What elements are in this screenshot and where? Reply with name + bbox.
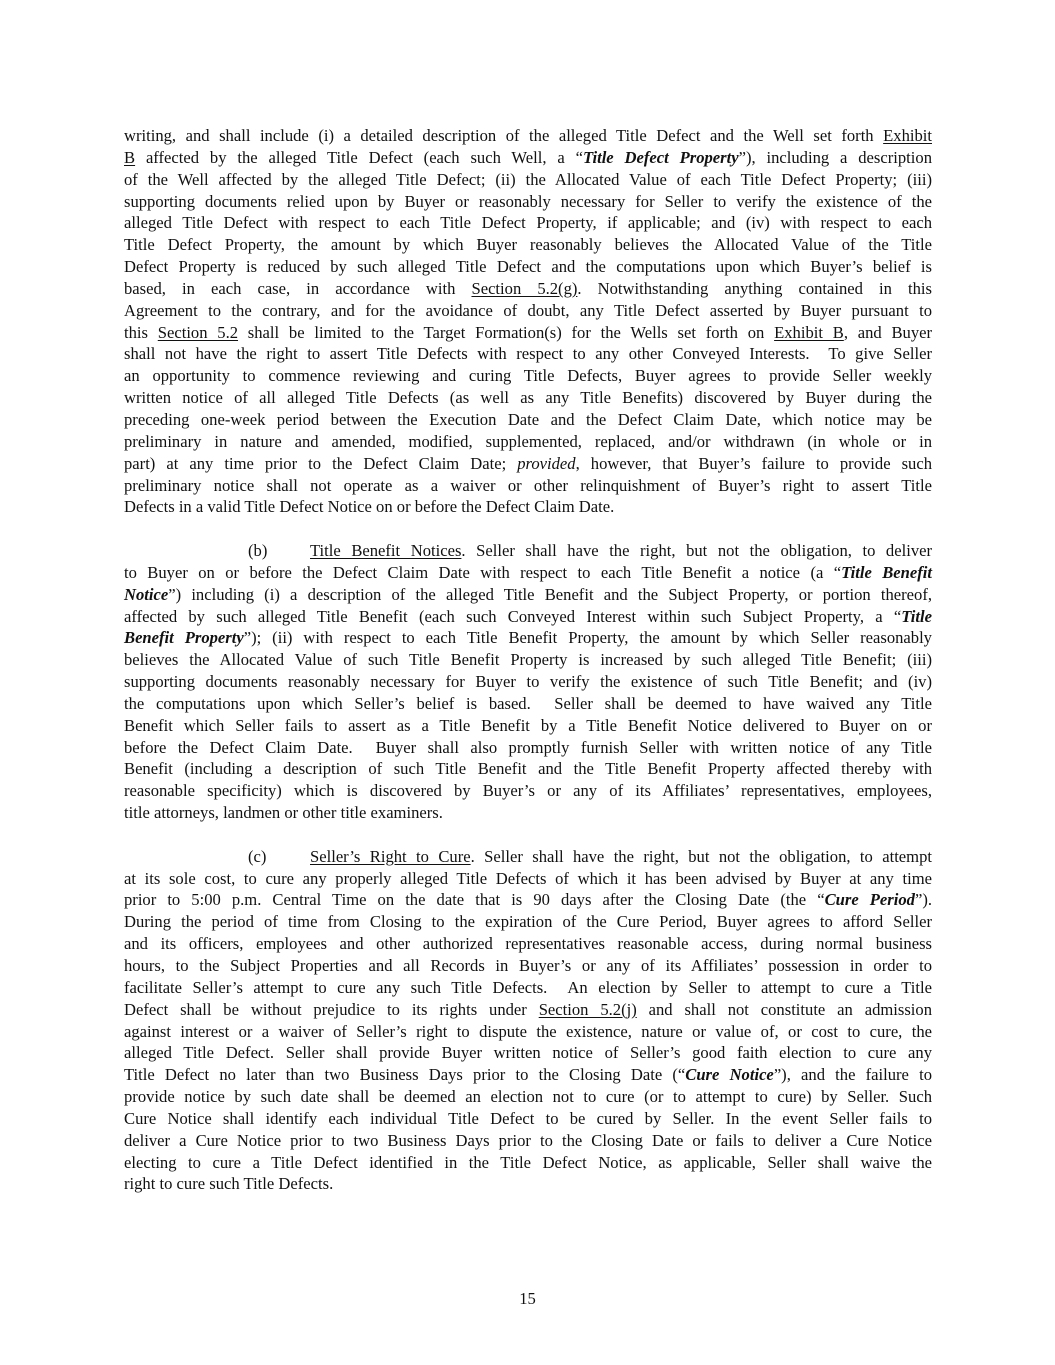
text-line: affected by such alleged Title Benefit (… bbox=[124, 606, 932, 628]
text-run: shall not have the right to assert Title… bbox=[124, 344, 932, 363]
text-line: Defects in a valid Title Defect Notice o… bbox=[124, 496, 932, 518]
text-run: Defects in a valid Title Defect Notice o… bbox=[124, 497, 614, 516]
text-run: based, in each case, in accordance with bbox=[124, 279, 471, 298]
cross-reference-link[interactable]: Exhibit B bbox=[774, 323, 844, 342]
text-run: supporting documents reasonably necessar… bbox=[124, 672, 932, 691]
paragraph-c-sellers-right-to-cure: (c)Seller’s Right to Cure. Seller shall … bbox=[124, 846, 932, 1196]
defined-term: provided bbox=[517, 454, 575, 473]
text-run: ”). bbox=[915, 890, 932, 909]
text-line: written notice of all alleged Title Defe… bbox=[124, 387, 932, 409]
cross-reference-link[interactable]: Section 5.2(j) bbox=[539, 1000, 637, 1019]
defined-term: Title Benefit bbox=[841, 563, 932, 582]
text-run: , and Buyer bbox=[844, 323, 932, 342]
text-run: Cure Notice shall identify each individu… bbox=[124, 1109, 932, 1128]
text-run: prior to 5:00 p.m. Central Time on the d… bbox=[124, 890, 825, 909]
text-run: title attorneys, landmen or other title … bbox=[124, 803, 443, 822]
text-line: supporting documents relied upon by Buye… bbox=[124, 191, 932, 213]
cross-reference-link[interactable]: Section 5.2 bbox=[158, 323, 238, 342]
text-run: alleged Title Defect with respect to eac… bbox=[124, 213, 932, 232]
paragraph-a: writing, and shall include (i) a detaile… bbox=[124, 125, 932, 518]
text-run: and shall not constitute an admission bbox=[637, 1000, 932, 1019]
text-line: against interest or a waiver of Seller’s… bbox=[124, 1021, 932, 1043]
text-run: supporting documents relied upon by Buye… bbox=[124, 192, 932, 211]
text-line: alleged Title Defect. Seller shall provi… bbox=[124, 1042, 932, 1064]
text-line: Defect Property is reduced by such alleg… bbox=[124, 256, 932, 278]
section-label: (c) bbox=[248, 846, 310, 868]
text-line: provide notice by such date shall be dee… bbox=[124, 1086, 932, 1108]
text-run: affected by the alleged Title Defect (ea… bbox=[135, 148, 583, 167]
section-heading: Title Benefit Notices bbox=[310, 541, 461, 560]
text-line: During the period of time from Closing t… bbox=[124, 911, 932, 933]
text-run: preceding one-week period between the Ex… bbox=[124, 410, 932, 429]
text-run: this bbox=[124, 323, 158, 342]
text-line: Cure Notice shall identify each individu… bbox=[124, 1108, 932, 1130]
text-line: title attorneys, landmen or other title … bbox=[124, 802, 932, 824]
text-line: Defect shall be without prejudice to its… bbox=[124, 999, 932, 1021]
text-line: right to cure such Title Defects. bbox=[124, 1173, 932, 1195]
text-line: writing, and shall include (i) a detaile… bbox=[124, 125, 932, 147]
cross-reference-link[interactable]: Section 5.2(g) bbox=[471, 279, 577, 298]
text-line: shall not have the right to assert Title… bbox=[124, 343, 932, 365]
text-run: before the Defect Claim Date. Buyer shal… bbox=[124, 738, 932, 757]
text-run: preliminary notice shall not operate as … bbox=[124, 476, 932, 495]
defined-term: Title bbox=[901, 607, 932, 626]
section-heading: Seller’s Right to Cure bbox=[310, 847, 471, 866]
defined-term: Title Defect Property bbox=[583, 148, 739, 167]
text-run: Defect Property is reduced by such alleg… bbox=[124, 257, 932, 276]
text-run: , however, that Buyer’s failure to provi… bbox=[576, 454, 932, 473]
text-line: at its sole cost, to cure any properly a… bbox=[124, 868, 932, 890]
text-line: preliminary in nature and amended, modif… bbox=[124, 431, 932, 453]
text-line: electing to cure a Title Defect identifi… bbox=[124, 1152, 932, 1174]
cross-reference-link[interactable]: B bbox=[124, 148, 135, 167]
text-run: the computations upon which Seller’s bel… bbox=[124, 694, 932, 713]
text-run: believes the Allocated Value of such Tit… bbox=[124, 650, 932, 669]
text-run: deliver a Cure Notice prior to two Busin… bbox=[124, 1131, 932, 1150]
text-run: alleged Title Defect. Seller shall provi… bbox=[124, 1043, 932, 1062]
text-line: Benefit Property”); (ii) with respect to… bbox=[124, 627, 932, 649]
text-line: alleged Title Defect with respect to eac… bbox=[124, 212, 932, 234]
text-run: During the period of time from Closing t… bbox=[124, 912, 932, 931]
text-line: facilitate Seller’s attempt to cure any … bbox=[124, 977, 932, 999]
text-run: provide notice by such date shall be dee… bbox=[124, 1087, 932, 1106]
text-run: to Buyer on or before the Defect Claim D… bbox=[124, 563, 841, 582]
text-run: electing to cure a Title Defect identifi… bbox=[124, 1153, 932, 1172]
text-run: Title Defect no later than two Business … bbox=[124, 1065, 685, 1084]
text-run: affected by such alleged Title Benefit (… bbox=[124, 607, 901, 626]
defined-term: Cure Notice bbox=[685, 1065, 774, 1084]
text-line: and its officers, employees and other au… bbox=[124, 933, 932, 955]
defined-term: Cure Period bbox=[825, 890, 915, 909]
text-line: based, in each case, in accordance with … bbox=[124, 278, 932, 300]
text-run: an opportunity to commence reviewing and… bbox=[124, 366, 932, 385]
text-run: of the Well affected by the alleged Titl… bbox=[124, 170, 932, 189]
text-line: to Buyer on or before the Defect Claim D… bbox=[124, 562, 932, 584]
text-run: ”), and the failure to bbox=[774, 1065, 932, 1084]
text-line: hours, to the Subject Properties and all… bbox=[124, 955, 932, 977]
text-line: Benefit (including a description of such… bbox=[124, 758, 932, 780]
text-line: this Section 5.2 shall be limited to the… bbox=[124, 322, 932, 344]
text-run: ”) including (i) a description of the al… bbox=[168, 585, 932, 604]
text-run: Benefit (including a description of such… bbox=[124, 759, 932, 778]
text-line: B affected by the alleged Title Defect (… bbox=[124, 147, 932, 169]
text-run: at its sole cost, to cure any properly a… bbox=[124, 869, 932, 888]
cross-reference-link[interactable]: Exhibit bbox=[883, 126, 932, 145]
defined-term: Notice bbox=[124, 585, 168, 604]
text-run: . Seller shall have the right, but not t… bbox=[461, 541, 932, 560]
text-run: right to cure such Title Defects. bbox=[124, 1174, 333, 1193]
text-run: part) at any time prior to the Defect Cl… bbox=[124, 454, 517, 473]
text-run: reasonable specificity) which is discove… bbox=[124, 781, 932, 800]
text-run: Defect shall be without prejudice to its… bbox=[124, 1000, 539, 1019]
text-run: and its officers, employees and other au… bbox=[124, 934, 932, 953]
text-line: Notice”) including (i) a description of … bbox=[124, 584, 932, 606]
text-line: Title Defect Property, the amount by whi… bbox=[124, 234, 932, 256]
text-line: deliver a Cure Notice prior to two Busin… bbox=[124, 1130, 932, 1152]
text-line: Agreement to the contrary, and for the a… bbox=[124, 300, 932, 322]
text-line: the computations upon which Seller’s bel… bbox=[124, 693, 932, 715]
text-line: an opportunity to commence reviewing and… bbox=[124, 365, 932, 387]
document-page: writing, and shall include (i) a detaile… bbox=[124, 125, 932, 1195]
text-run: ”); (ii) with respect to each Title Bene… bbox=[244, 628, 932, 647]
text-run: facilitate Seller’s attempt to cure any … bbox=[124, 978, 932, 997]
text-line: of the Well affected by the alleged Titl… bbox=[124, 169, 932, 191]
text-line: Benefit which Seller fails to assert as … bbox=[124, 715, 932, 737]
text-run: ”), including a description bbox=[739, 148, 932, 167]
text-line: Title Defect no later than two Business … bbox=[124, 1064, 932, 1086]
text-line: believes the Allocated Value of such Tit… bbox=[124, 649, 932, 671]
text-run: . Seller shall have the right, but not t… bbox=[471, 847, 932, 866]
text-run: shall be limited to the Target Formation… bbox=[238, 323, 774, 342]
text-run: Agreement to the contrary, and for the a… bbox=[124, 301, 932, 320]
text-run: writing, and shall include (i) a detaile… bbox=[124, 126, 883, 145]
text-run: hours, to the Subject Properties and all… bbox=[124, 956, 932, 975]
text-line: preliminary notice shall not operate as … bbox=[124, 475, 932, 497]
text-line: (c)Seller’s Right to Cure. Seller shall … bbox=[124, 846, 932, 868]
text-run: against interest or a waiver of Seller’s… bbox=[124, 1022, 932, 1041]
text-line: reasonable specificity) which is discove… bbox=[124, 780, 932, 802]
text-run: . Notwithstanding anything contained in … bbox=[577, 279, 932, 298]
text-run: written notice of all alleged Title Defe… bbox=[124, 388, 932, 407]
text-line: prior to 5:00 p.m. Central Time on the d… bbox=[124, 889, 932, 911]
text-run: Benefit which Seller fails to assert as … bbox=[124, 716, 932, 735]
text-line: (b)Title Benefit Notices. Seller shall h… bbox=[124, 540, 932, 562]
text-line: before the Defect Claim Date. Buyer shal… bbox=[124, 737, 932, 759]
text-run: Title Defect Property, the amount by whi… bbox=[124, 235, 932, 254]
text-run: preliminary in nature and amended, modif… bbox=[124, 432, 932, 451]
text-line: part) at any time prior to the Defect Cl… bbox=[124, 453, 932, 475]
text-line: preceding one-week period between the Ex… bbox=[124, 409, 932, 431]
paragraph-b-title-benefit-notices: (b)Title Benefit Notices. Seller shall h… bbox=[124, 540, 932, 824]
section-label: (b) bbox=[248, 540, 310, 562]
defined-term: Benefit Property bbox=[124, 628, 244, 647]
page-number: 15 bbox=[0, 1289, 1055, 1309]
text-line: supporting documents reasonably necessar… bbox=[124, 671, 932, 693]
